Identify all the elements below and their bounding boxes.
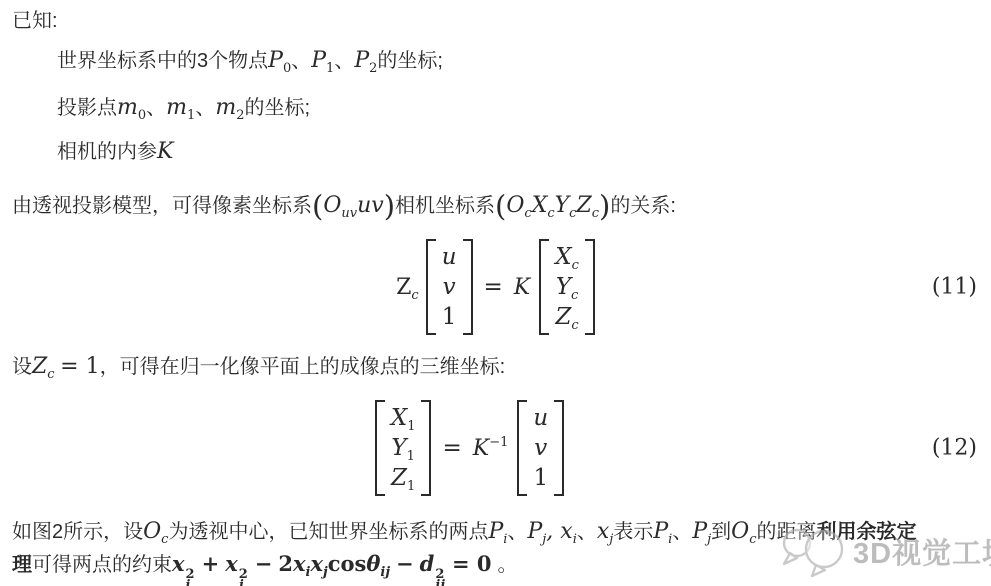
math-var-P1: P1 [311, 48, 334, 73]
equals-sign: = [442, 435, 461, 461]
normalized-coords-column-vector: X1 Y1 Z1 [375, 400, 432, 496]
document-page: 已知: 世界坐标系中的3个物点P0、P1、P2的坐标; 投影点m0、m1、m2的… [0, 0, 991, 586]
left-paren: ( [495, 189, 506, 223]
uv1-column-vector: u v 1 [426, 239, 473, 335]
chat-bubbles-logo-icon [779, 519, 853, 584]
persp-text-post: 的关系: [610, 195, 676, 217]
vector-entry: v [442, 272, 457, 302]
equation-12-number: (12) [932, 436, 977, 461]
given1-suffix: 的坐标; [377, 50, 443, 72]
left-paren: ( [312, 189, 323, 223]
separator: 、 [291, 50, 311, 72]
watermark-text: 3D视觉工坊 [853, 531, 991, 572]
vector-entry: Z1 [391, 463, 416, 493]
left-bracket [375, 400, 385, 496]
math-xj: xj [597, 519, 613, 544]
equation-11-content: Zc u v 1 = K Xc Yc Zc [396, 239, 595, 335]
math-equals-one: = 1 [60, 354, 99, 379]
math-pixel-frame: Ouvuv [323, 193, 383, 218]
right-bracket [463, 239, 473, 335]
right-paren: ) [599, 189, 610, 223]
math-var-m2: m2 [215, 95, 244, 120]
vector-entry: X1 [391, 403, 416, 433]
equation-12-content: X1 Y1 Z1 = K−1 u v 1 [375, 400, 564, 496]
uv1-column-vector: u v 1 [517, 400, 564, 496]
given-item-intrinsics: 相机的内参K [57, 137, 173, 167]
separator: 、 [146, 97, 166, 119]
camera-coords-column-vector: Xc Yc Zc [539, 239, 595, 335]
para-text: 为透视中心，已知世界坐标系的两点 [168, 521, 488, 543]
math-camera-frame: OcXcYcZc [506, 193, 599, 218]
math-xi: xi [560, 519, 577, 544]
para-text: 到 [711, 521, 731, 543]
vector-entry: Y1 [391, 433, 416, 463]
math-comma: , [546, 519, 560, 544]
left-bracket [517, 400, 527, 496]
watermark: 3D视觉工坊 [779, 519, 991, 584]
math-var-K: K [157, 139, 173, 164]
para-text: 可得两点的约束 [32, 554, 172, 576]
separator: 、 [334, 50, 354, 72]
separator: 、 [507, 521, 527, 543]
vector-entry: Zc [555, 302, 579, 332]
vector-entry: Xc [555, 242, 579, 272]
persp-text-mid: 相机坐标系 [395, 195, 495, 217]
zc-assumption-sentence: 设Zc = 1，可得在归一化像平面上的成像点的三维坐标: [12, 352, 505, 382]
known-heading: 已知: [12, 6, 58, 36]
equation-12: X1 Y1 Z1 = K−1 u v 1 (12) [0, 398, 991, 498]
vector-entry: 1 [442, 302, 457, 332]
math-Zc: Zc [32, 354, 55, 379]
vector-entry: u [533, 403, 548, 433]
right-paren: ) [384, 189, 395, 223]
left-bracket [426, 239, 436, 335]
separator: 、 [672, 521, 692, 543]
given-item-projected-points: 投影点m0、m1、m2的坐标; [57, 93, 310, 123]
given-item-object-points: 世界坐标系中的3个物点P0、P1、P2的坐标; [57, 46, 443, 76]
given2-suffix: 的坐标; [244, 97, 310, 119]
math-var-m0: m0 [117, 95, 146, 120]
given1-text: 世界坐标系中的3个物点 [57, 50, 268, 72]
given3-text: 相机的内参 [57, 141, 157, 163]
zc-text-pre: 设 [12, 356, 32, 378]
math-var-m1: m1 [166, 95, 195, 120]
equation-11-number: (11) [932, 275, 977, 300]
zc-text-post: ，可得在归一化像平面上的成像点的三维坐标: [100, 356, 506, 378]
math-Zc-coefficient: Zc [396, 275, 419, 300]
left-bracket [539, 239, 549, 335]
para-period: 。 [498, 554, 518, 576]
math-Oc: Oc [731, 519, 756, 544]
para-text: 如图2所示，设 [12, 521, 143, 543]
vector-entry: Yc [555, 272, 579, 302]
math-Pi: Pi [653, 519, 672, 544]
equals-sign: = [484, 274, 503, 300]
perspective-model-sentence: 由透视投影模型，可得像素坐标系(Ouvuv)相机坐标系(OcXcYcZc)的关系… [12, 191, 676, 221]
math-Pj: Pj [692, 519, 711, 544]
equation-11: Zc u v 1 = K Xc Yc Zc [0, 238, 991, 336]
separator: 、 [195, 97, 215, 119]
math-K-inverse: K−1 [473, 436, 509, 461]
right-bracket [554, 400, 564, 496]
math-var-P2: P2 [354, 48, 377, 73]
vector-entry: v [533, 433, 548, 463]
vector-entry: 1 [533, 463, 548, 493]
separator: 、 [577, 521, 597, 543]
math-Pi: Pi [488, 519, 507, 544]
right-bracket [421, 400, 431, 496]
persp-text-pre: 由透视投影模型，可得像素坐标系 [12, 195, 312, 217]
math-var-P0: P0 [268, 48, 291, 73]
math-Oc: Oc [143, 519, 168, 544]
given2-text: 投影点 [57, 97, 117, 119]
constraint-formula: x2i+x2j−2xixjcosθij−d2ij= 0 [172, 554, 498, 576]
math-var-K: K [514, 275, 530, 300]
document-screenshot: { "document": { "known_heading": "已知:", … [0, 0, 991, 586]
math-Pj: Pj [527, 519, 546, 544]
vector-entry: u [442, 242, 457, 272]
right-bracket [585, 239, 595, 335]
para-text: 表示 [613, 521, 653, 543]
bold-cosine-law-text: 理 [12, 554, 32, 576]
